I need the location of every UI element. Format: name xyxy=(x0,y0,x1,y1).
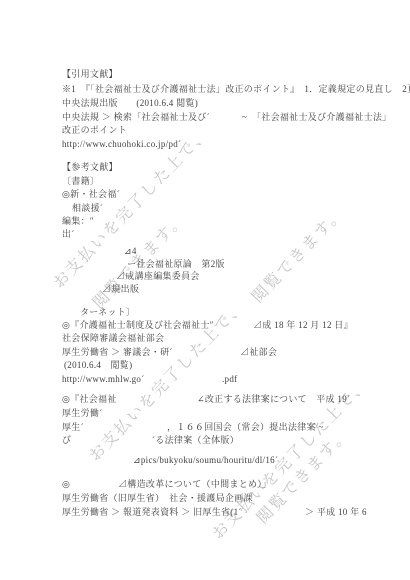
law-author-line: 厚生労働´ xyxy=(62,407,103,419)
memo-title-line: ⊿構造改革について（中間まとめ）」 xyxy=(118,478,271,490)
law-title-fragment: ∠改正する法律案について 平成 19´ xyxy=(197,393,350,405)
document-page: お支払いを完了した上で、 閲覧できます。 閲覧できます。 お支払いを完了した上で… xyxy=(0,0,410,580)
report-url-text: http://www.mhlw.go´ xyxy=(62,373,145,385)
law-title-line: ◎『社会福祉 xyxy=(62,393,117,405)
series-fragment: ⊿4 xyxy=(124,245,137,257)
references-heading: 【参考文献】 xyxy=(62,161,118,173)
citation-publisher-line: 中央法規出版 (2010.6.4 閲覧) xyxy=(62,97,198,109)
book-subtitle-line: 相談援´ xyxy=(72,202,103,214)
law-url-text: ⊿pics/bukyoku/soumu/houritu/dl/16´ xyxy=(133,454,278,466)
report-date-fragment: ⊿成 18 年 12 月 12 日』 xyxy=(253,319,353,331)
watermark-view-text: 閲覧できます。 xyxy=(245,201,348,307)
law-bill-full-fragment: ´る法律案（全体版） xyxy=(152,434,239,446)
cited-works-heading: 【引用文献】 xyxy=(62,68,118,80)
law-line-fragment: び xyxy=(62,434,71,446)
series-publisher-line: ⊿規出版 xyxy=(102,283,139,295)
law-bill-fragment: ，１６６回国会（常会）提出法律案 ~ xyxy=(167,421,324,433)
report-title-line: ◎『介護福祉士制度及び社会福祉士″ xyxy=(62,319,214,331)
citation-breadcrumb: 中央法規 ＞ 検索「社会福祉士及び´ xyxy=(62,111,210,123)
book-editor-line: 編集：″ xyxy=(62,215,94,227)
law-breadcrumb: 厚生´ xyxy=(62,421,84,433)
report-author-line: 社会保障審議会福祉部会 xyxy=(62,332,164,344)
memo-marker: ◎ xyxy=(62,478,70,490)
citation-breadcrumb-fragment: ~ 「社会福祉士及び介護福祉士法」 xyxy=(242,111,391,123)
citation-entry-line: 改正のポイント xyxy=(62,124,127,136)
memo-breadcrumb: 厚生労働省 ＞ 報道発表資料 ＞ 旧厚生省(1´ xyxy=(62,506,242,518)
memo-author-line: 厚生労働省（旧厚生省） 社会・援護局企画課 xyxy=(62,492,253,504)
internet-label: ターネット〕 xyxy=(80,306,135,318)
citation-entry-line: ※1 『「社会福祉士及び介護福祉士法」改正のポイント』 1．定義規定の見直し 2… xyxy=(62,83,410,95)
books-label: 〔書籍〕 xyxy=(62,175,99,187)
citation-url-text: http://www.chuohoki.co.jp/pd´ xyxy=(62,138,181,150)
report-url-fragment: .pdf xyxy=(222,373,237,385)
series-title-line: ー社会福祉原論 第2版 xyxy=(127,258,225,270)
report-breadcrumb-fragment: ⊿祉部会 xyxy=(240,346,277,358)
report-breadcrumb: 厚生労働省 ＞ 審議会・研´ xyxy=(62,346,173,358)
book-title-line: ◎新・社会福´ xyxy=(62,188,120,200)
book-publisher-line: 出´ xyxy=(62,228,75,240)
memo-breadcrumb-fragment: ＞ 平成 10 年 6 xyxy=(305,506,367,518)
report-viewed-line: (2010.6.4 閲覧) xyxy=(64,359,132,371)
series-editors-line: ⊿成講座編集委員会 xyxy=(116,270,200,282)
